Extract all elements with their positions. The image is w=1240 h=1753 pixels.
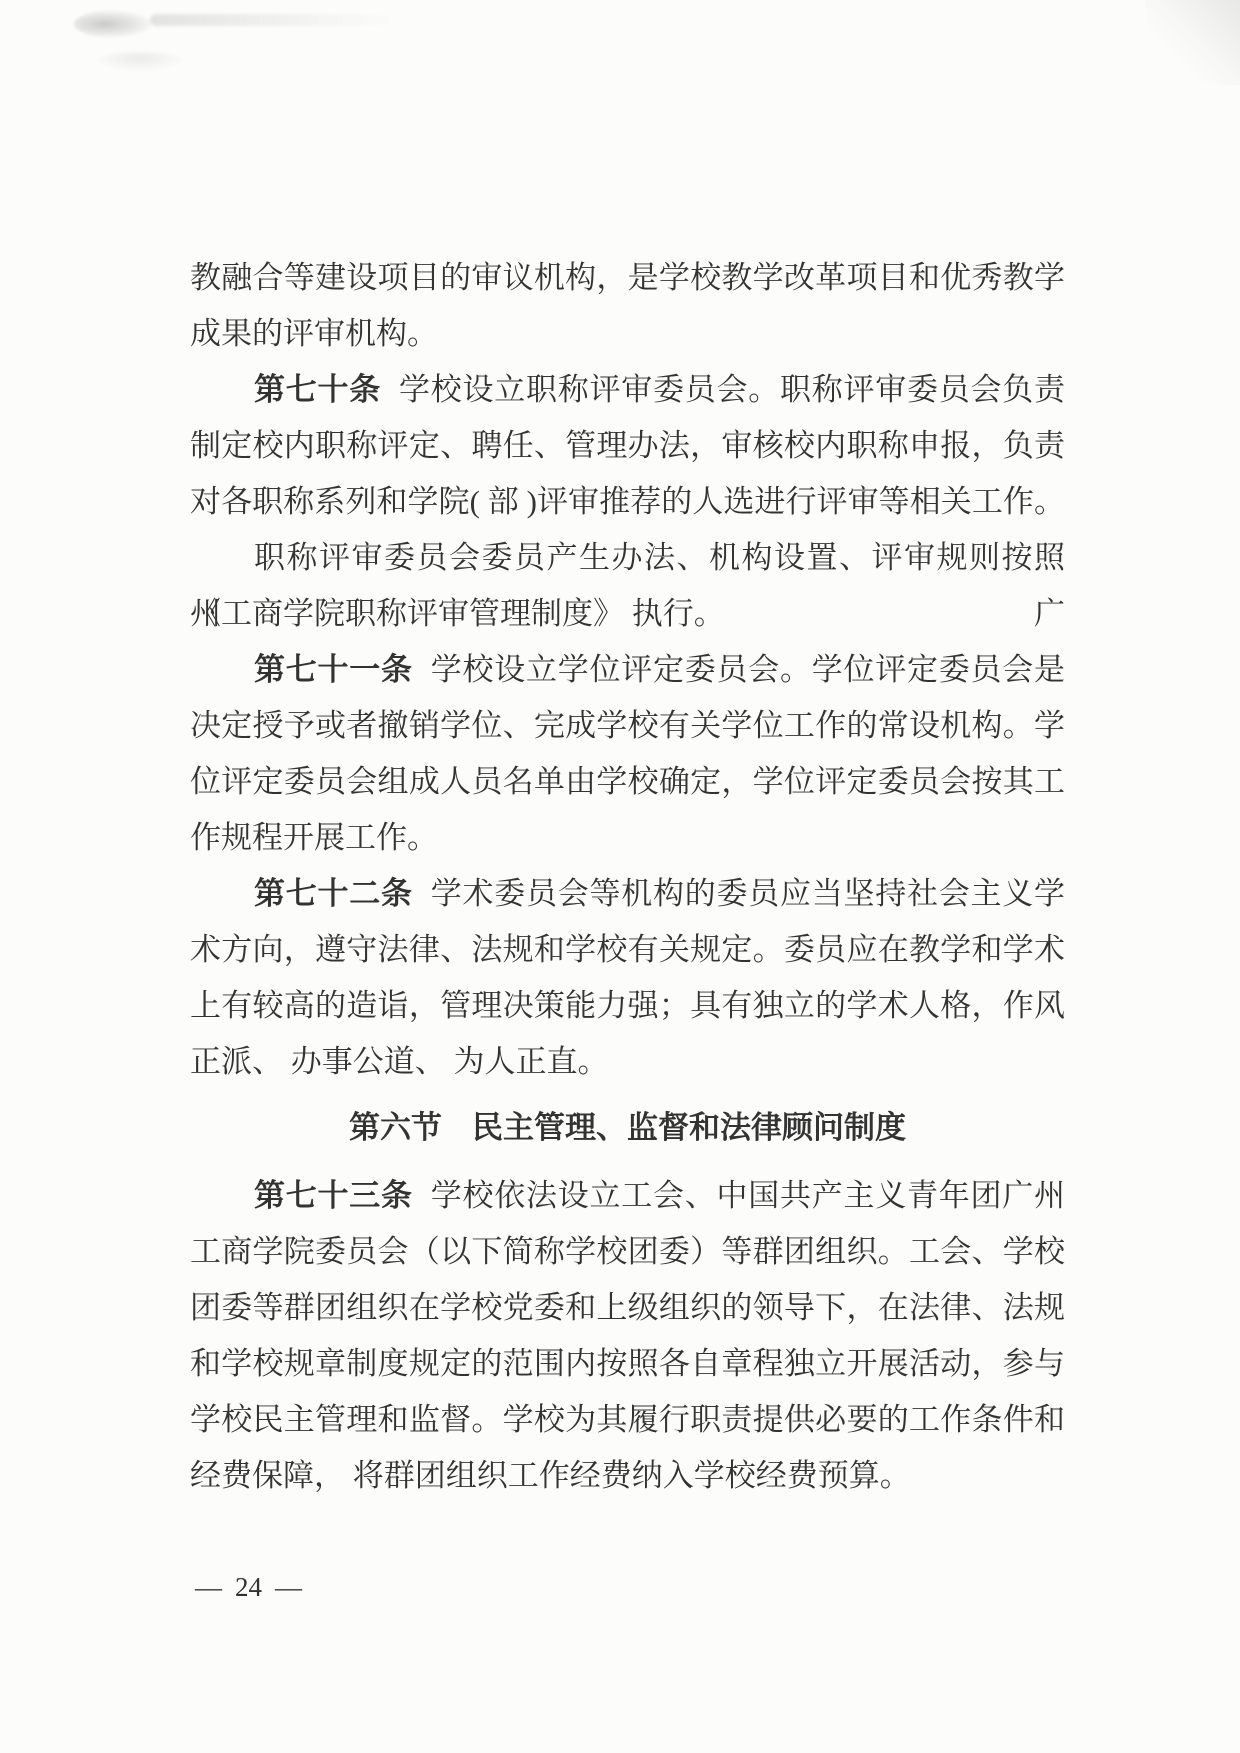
document-page: 教融合等建设项目的审议机构，是学校教学改革项目和优秀教学成果的评审机构。第七十条… <box>0 0 1240 1753</box>
text-line: 职称评审委员会委员产生办法、机构设置、评审规则按照《广 <box>190 530 1065 586</box>
text-line: 第七十二条学术委员会等机构的委员应当坚持社会主义学 <box>190 866 1065 922</box>
text-line: 正派、 办事公道、 为人正直。 <box>190 1034 1065 1090</box>
article-number: 第七十一条 <box>254 652 413 687</box>
text-line: 学校民主管理和监督。学校为其履行职责提供必要的工作条件和 <box>190 1392 1065 1448</box>
page-number: 24 <box>235 1570 262 1604</box>
text-line: 第七十一条学校设立学位评定委员会。学位评定委员会是 <box>190 642 1065 698</box>
footer-right-dash: — <box>275 1570 302 1604</box>
footer-left-dash: — <box>195 1570 222 1604</box>
text-line: 和学校规章制度规定的范围内按照各自章程独立开展活动，参与 <box>190 1336 1065 1392</box>
text-line: 教融合等建设项目的审议机构，是学校教学改革项目和优秀教学 <box>190 250 1065 306</box>
section-title: 民主管理、监督和法律顾问制度 <box>472 1110 906 1145</box>
text-line: 成果的评审机构。 <box>190 306 1065 362</box>
scan-smudge-artifact <box>150 14 400 26</box>
text-line: 位评定委员会组成人员名单由学校确定，学位评定委员会按其工 <box>190 754 1065 810</box>
text-line: 上有较高的造诣，管理决策能力强；具有独立的学术人格，作风 <box>190 978 1065 1034</box>
article-number: 第七十条 <box>254 372 381 407</box>
text-line: 工商学院委员会（以下简称学校团委）等群团组织。工会、学校 <box>190 1224 1065 1280</box>
page-footer: — 24 — <box>195 1570 302 1604</box>
text-line: 术方向，遵守法律、法规和学校有关规定。委员应在教学和学术 <box>190 922 1065 978</box>
page-corner-shade <box>1145 0 1240 85</box>
scan-smudge-artifact <box>92 52 187 72</box>
text-line: 第七十三条学校依法设立工会、中国共产主义青年团广州 <box>190 1168 1065 1224</box>
text-line: 作规程开展工作。 <box>190 810 1065 866</box>
text-line: 决定授予或者撤销学位、完成学校有关学位工作的常设机构。学 <box>190 698 1065 754</box>
scan-smudge-artifact <box>74 10 152 38</box>
section-number: 第六节 <box>349 1110 442 1145</box>
document-body: 教融合等建设项目的审议机构，是学校教学改革项目和优秀教学成果的评审机构。第七十条… <box>190 250 1065 1504</box>
text-line: 对各职称系列和学院( 部 )评审推荐的人选进行评审等相关工作。 <box>190 474 1065 530</box>
text-line: 经费保障， 将群团组织工作经费纳入学校经费预算。 <box>190 1448 1065 1504</box>
text-line: 团委等群团组织在学校党委和上级组织的领导下，在法律、法规 <box>190 1280 1065 1336</box>
article-number: 第七十二条 <box>254 876 413 911</box>
text-line: 制定校内职称评定、聘任、管理办法，审核校内职称申报，负责 <box>190 418 1065 474</box>
section-heading: 第六节民主管理、监督和法律顾问制度 <box>190 1100 1065 1156</box>
text-line: 第七十条学校设立职称评审委员会。职称评审委员会负责 <box>190 362 1065 418</box>
article-number: 第七十三条 <box>254 1178 413 1213</box>
